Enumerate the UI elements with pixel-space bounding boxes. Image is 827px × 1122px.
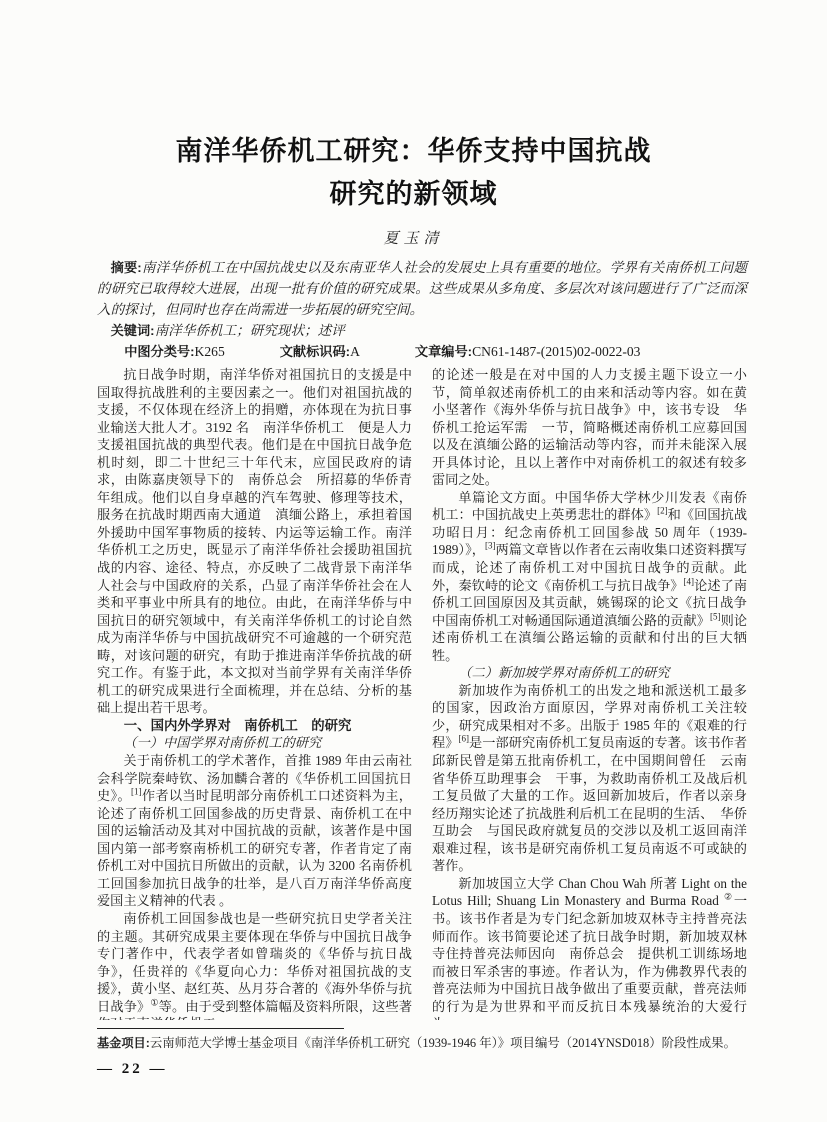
paragraph: 南侨机工回国参战也是一些研究抗日史学者关注的主题。其研究成果主要体现在华侨与中国… <box>97 910 412 1020</box>
clc-number: 中图分类号:K265 <box>111 341 225 362</box>
paragraph: 新加坡作为南侨机工的出发之地和派送机工最多的国家，因政治方面原因，学界对南侨机工… <box>432 682 747 875</box>
article-title-line1: 南洋华侨机工研究：华侨支持中国抗战 <box>0 130 827 173</box>
abstract-text: 南洋华侨机工在中国抗战史以及东南亚华人社会的发展史上具有重要的地位。学界有关南侨… <box>97 260 747 317</box>
paragraph: 新加坡国立大学 Chan Chou Wah 所著 Light on the Lo… <box>432 875 747 1020</box>
abstract-label: 摘要: <box>111 260 142 275</box>
article-id: 文章编号:CN61-1487-(2015)02-0022-03 <box>401 341 640 362</box>
article-title: 南洋华侨机工研究：华侨支持中国抗战 研究的新领域 <box>0 130 827 216</box>
paragraph: 关于南侨机工的学术著作，首推 1989 年由云南社会科学院秦峙钦、汤加麟合著的《… <box>97 752 412 910</box>
article-title-line2: 研究的新领域 <box>0 173 827 216</box>
column-right: 的论述一般是在对中国的人力支援主题下设立一小节，简单叙述南侨机工的由来和活动等内… <box>432 366 747 1020</box>
fund-text: 云南师范大学博士基金项目《南洋华侨机工研究（1939-1946 年）》项目编号（… <box>150 1036 736 1050</box>
subsection-heading-1-1: （一）中国学界对南侨机工的研究 <box>97 734 412 752</box>
section-heading-1: 一、国内外学界对 南侨机工 的研究 <box>97 717 412 735</box>
keywords-label: 关键词: <box>111 323 155 338</box>
keywords: 关键词:南洋华侨机工；研究现状；述评 <box>97 320 747 341</box>
paragraph: 抗日战争时期，南洋华侨对祖国抗日的支援是中国取得抗战胜利的主要因素之一。他们对祖… <box>97 366 412 717</box>
paragraph: 单篇论文方面。中国华侨大学林少川发表《南侨机工：中国抗战史上英勇悲壮的群体》[2… <box>432 489 747 664</box>
author-name: 夏玉清 <box>0 227 827 248</box>
fund-project-note: 基金项目:云南师范大学博士基金项目《南洋华侨机工研究（1939-1946 年）》… <box>97 1034 749 1052</box>
subsection-heading-1-2: （二）新加坡学界对南侨机工的研究 <box>432 664 747 682</box>
column-left: 抗日战争时期，南洋华侨对祖国抗日的支援是中国取得抗战胜利的主要因素之一。他们对祖… <box>97 366 412 1020</box>
journal-page: 南洋华侨机工研究：华侨支持中国抗战 研究的新领域 夏玉清 摘要:南洋华侨机工在中… <box>0 0 827 1122</box>
footnote-divider <box>97 1028 344 1029</box>
keywords-text: 南洋华侨机工；研究现状；述评 <box>155 323 345 338</box>
page-number: — 22 — <box>97 1061 168 1078</box>
classification-line: 中图分类号:K265 文献标识码:A 文章编号:CN61-1487-(2015)… <box>97 341 747 362</box>
paragraph-continuation: 的论述一般是在对中国的人力支援主题下设立一小节，简单叙述南侨机工的由来和活动等内… <box>432 366 747 489</box>
fund-label: 基金项目: <box>97 1036 150 1050</box>
abstract: 摘要:南洋华侨机工在中国抗战史以及东南亚华人社会的发展史上具有重要的地位。学界有… <box>97 257 747 320</box>
body-columns: 抗日战争时期，南洋华侨对祖国抗日的支援是中国取得抗战胜利的主要因素之一。他们对祖… <box>97 366 747 1020</box>
article-meta-block: 摘要:南洋华侨机工在中国抗战史以及东南亚华人社会的发展史上具有重要的地位。学界有… <box>97 257 747 362</box>
document-code: 文献标识码:A <box>266 341 360 362</box>
